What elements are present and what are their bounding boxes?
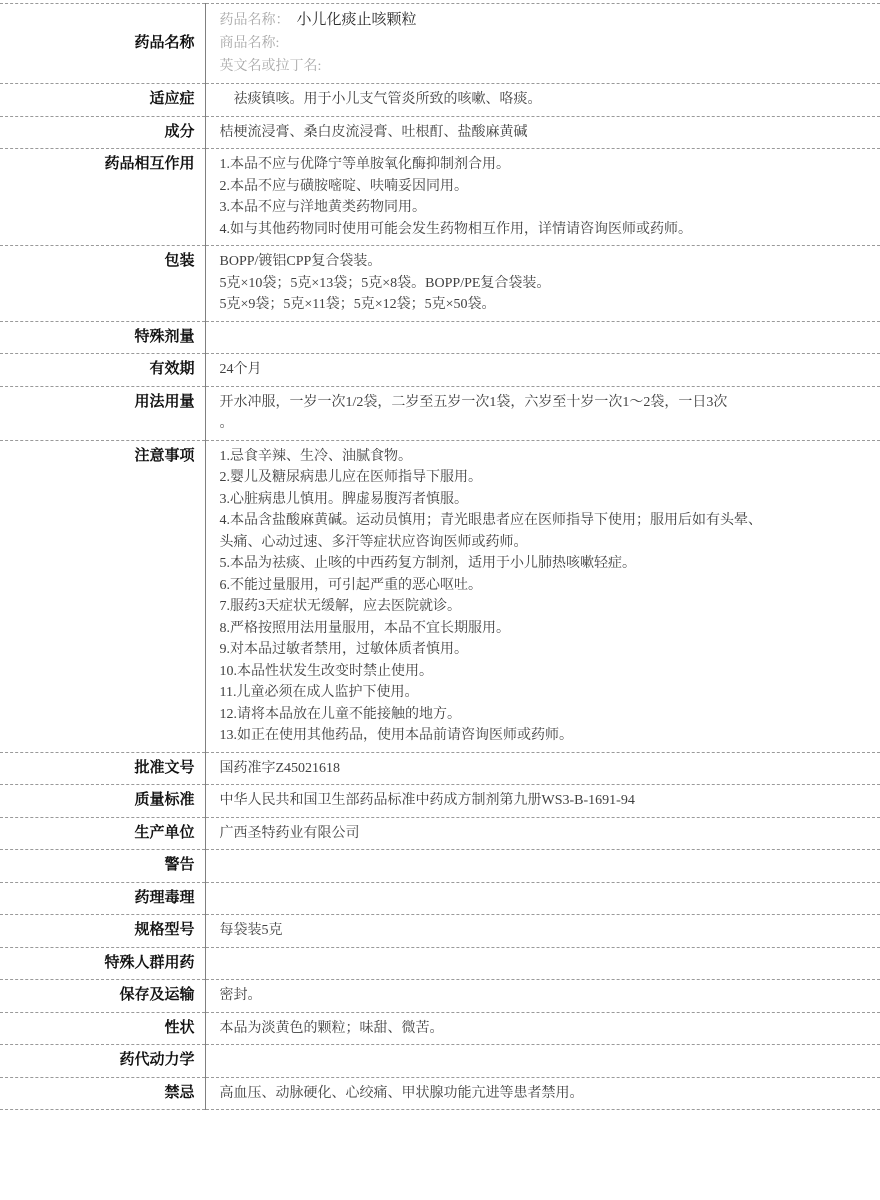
content-line: 4.如与其他药物同时使用可能会发生药物相互作用，详情请咨询医师或药师。 <box>220 219 861 241</box>
row-content-approval-number: 国药准字Z45021618 <box>205 752 880 785</box>
content-line: 3.本品不应与洋地黄类药物同用。 <box>220 197 861 219</box>
content-line: 中华人民共和国卫生部药品标准中药成方制剂第九册WS3-B-1691-94 <box>220 790 861 812</box>
row-label-drug-interactions: 药品相互作用 <box>0 149 205 246</box>
table-row-drug-interactions: 药品相互作用1.本品不应与优降宁等单胺氧化酶抑制剂合用。2.本品不应与磺胺嘧啶、… <box>0 149 880 246</box>
drug-info-page: 药品名称药品名称：小儿化痰止咳颗粒商品名称:英文名或拉丁名:适应症 祛痰镇咳。用… <box>0 3 880 1110</box>
row-content-storage-transport: 密封。 <box>205 980 880 1013</box>
table-row-approval-number: 批准文号国药准字Z45021618 <box>0 752 880 785</box>
row-label-specification: 规格型号 <box>0 915 205 948</box>
field-line: 商品名称: <box>220 32 861 55</box>
table-row-pharmacokinetics: 药代动力学 <box>0 1045 880 1078</box>
field-line: 药品名称：小儿化痰止咳颗粒 <box>220 9 861 32</box>
row-content-ingredients: 桔梗流浸膏、桑白皮流浸膏、吐根酊、盐酸麻黄碱 <box>205 116 880 149</box>
table-row-packaging: 包装BOPP/镀铝CPP复合袋装。5克×10袋；5克×13袋；5克×8袋。BOP… <box>0 246 880 322</box>
table-row-manufacturer: 生产单位广西圣特药业有限公司 <box>0 817 880 850</box>
row-content-description: 本品为淡黄色的颗粒；味甜、微苦。 <box>205 1012 880 1045</box>
table-row-shelf-life: 有效期24个月 <box>0 354 880 387</box>
content-line: 桔梗流浸膏、桑白皮流浸膏、吐根酊、盐酸麻黄碱 <box>220 122 861 144</box>
row-label-drug-name: 药品名称 <box>0 4 205 84</box>
content-line: 。 <box>220 413 861 435</box>
content-line: 本品为淡黄色的颗粒；味甜、微苦。 <box>220 1018 861 1040</box>
row-label-description: 性状 <box>0 1012 205 1045</box>
content-line: 高血压、动脉硬化、心绞痛、甲状腺功能亢进等患者禁用。 <box>220 1083 861 1105</box>
row-label-storage-transport: 保存及运输 <box>0 980 205 1013</box>
content-line: 国药准字Z45021618 <box>220 758 861 780</box>
row-label-pharmacokinetics: 药代动力学 <box>0 1045 205 1078</box>
field-value: 小儿化痰止咳颗粒 <box>297 12 417 28</box>
content-line: 13.如正在使用其他药品，使用本品前请咨询医师或药师。 <box>220 725 861 747</box>
row-content-indications: 祛痰镇咳。用于小儿支气管炎所致的咳嗽、咯痰。 <box>205 84 880 117</box>
row-content-contraindications: 高血压、动脉硬化、心绞痛、甲状腺功能亢进等患者禁用。 <box>205 1077 880 1110</box>
content-line: 头痛、心动过速、多汗等症状应咨询医师或药师。 <box>220 532 861 554</box>
row-label-pharmacology-toxicology: 药理毒理 <box>0 882 205 915</box>
content-line: 12.请将本品放在儿童不能接触的地方。 <box>220 704 861 726</box>
row-content-pharmacokinetics <box>205 1045 880 1078</box>
table-row-pharmacology-toxicology: 药理毒理 <box>0 882 880 915</box>
row-content-specification: 每袋装5克 <box>205 915 880 948</box>
row-label-warning: 警告 <box>0 850 205 883</box>
row-label-packaging: 包装 <box>0 246 205 322</box>
content-line: 24个月 <box>220 359 861 381</box>
table-row-description: 性状本品为淡黄色的颗粒；味甜、微苦。 <box>0 1012 880 1045</box>
content-line: 3.心脏病患儿慎用。脾虚易腹泻者慎服。 <box>220 489 861 511</box>
row-content-warning <box>205 850 880 883</box>
row-label-special-populations: 特殊人群用药 <box>0 947 205 980</box>
content-line: 4.本品含盐酸麻黄碱。运动员慎用；青光眼患者应在医师指导下使用；服用后如有头晕、 <box>220 510 861 532</box>
field-label: 商品名称: <box>220 36 280 51</box>
field-label: 英文名或拉丁名: <box>220 59 322 74</box>
table-row-ingredients: 成分桔梗流浸膏、桑白皮流浸膏、吐根酊、盐酸麻黄碱 <box>0 116 880 149</box>
content-line: 6.不能过量服用，可引起严重的恶心呕吐。 <box>220 575 861 597</box>
content-line: 2.婴儿及糖尿病患儿应在医师指导下服用。 <box>220 467 861 489</box>
table-row-specification: 规格型号每袋装5克 <box>0 915 880 948</box>
content-line: 5克×9袋；5克×11袋；5克×12袋；5克×50袋。 <box>220 294 861 316</box>
row-label-approval-number: 批准文号 <box>0 752 205 785</box>
row-label-manufacturer: 生产单位 <box>0 817 205 850</box>
content-line: 5克×10袋；5克×13袋；5克×8袋。BOPP/PE复合袋装。 <box>220 273 861 295</box>
content-line: 7.服药3天症状无缓解，应去医院就诊。 <box>220 596 861 618</box>
row-label-dosage: 用法用量 <box>0 386 205 440</box>
table-row-warning: 警告 <box>0 850 880 883</box>
content-line: 1.忌食辛辣、生冷、油腻食物。 <box>220 446 861 468</box>
table-row-drug-name: 药品名称药品名称：小儿化痰止咳颗粒商品名称:英文名或拉丁名: <box>0 4 880 84</box>
row-content-special-populations <box>205 947 880 980</box>
row-label-special-dosage: 特殊剂量 <box>0 321 205 354</box>
row-label-quality-standard: 质量标准 <box>0 785 205 818</box>
row-content-quality-standard: 中华人民共和国卫生部药品标准中药成方制剂第九册WS3-B-1691-94 <box>205 785 880 818</box>
drug-info-table: 药品名称药品名称：小儿化痰止咳颗粒商品名称:英文名或拉丁名:适应症 祛痰镇咳。用… <box>0 3 880 1110</box>
content-line: 每袋装5克 <box>220 920 861 942</box>
content-line: 2.本品不应与磺胺嘧啶、呋喃妥因同用。 <box>220 176 861 198</box>
row-content-manufacturer: 广西圣特药业有限公司 <box>205 817 880 850</box>
table-row-special-populations: 特殊人群用药 <box>0 947 880 980</box>
content-line: 8.严格按照用法用量服用，本品不宜长期服用。 <box>220 618 861 640</box>
table-row-storage-transport: 保存及运输密封。 <box>0 980 880 1013</box>
row-label-ingredients: 成分 <box>0 116 205 149</box>
content-line: 密封。 <box>220 985 861 1007</box>
table-row-precautions: 注意事项1.忌食辛辣、生冷、油腻食物。2.婴儿及糖尿病患儿应在医师指导下服用。3… <box>0 440 880 752</box>
row-label-precautions: 注意事项 <box>0 440 205 752</box>
row-content-special-dosage <box>205 321 880 354</box>
table-row-special-dosage: 特殊剂量 <box>0 321 880 354</box>
content-line: 1.本品不应与优降宁等单胺氧化酶抑制剂合用。 <box>220 154 861 176</box>
row-content-packaging: BOPP/镀铝CPP复合袋装。5克×10袋；5克×13袋；5克×8袋。BOPP/… <box>205 246 880 322</box>
content-line: 9.对本品过敏者禁用，过敏体质者慎用。 <box>220 639 861 661</box>
content-line: 祛痰镇咳。用于小儿支气管炎所致的咳嗽、咯痰。 <box>220 89 861 111</box>
content-line: 广西圣特药业有限公司 <box>220 823 861 845</box>
content-line: 10.本品性状发生改变时禁止使用。 <box>220 661 861 683</box>
content-line: 开水冲服，一岁一次1/2袋，二岁至五岁一次1袋，六岁至十岁一次1～2袋，一日3次 <box>220 392 861 414</box>
content-line: 5.本品为祛痰、止咳的中西药复方制剂，适用于小儿肺热咳嗽轻症。 <box>220 553 861 575</box>
table-row-indications: 适应症 祛痰镇咳。用于小儿支气管炎所致的咳嗽、咯痰。 <box>0 84 880 117</box>
content-line: BOPP/镀铝CPP复合袋装。 <box>220 251 861 273</box>
field-label: 药品名称： <box>220 13 290 28</box>
table-row-quality-standard: 质量标准中华人民共和国卫生部药品标准中药成方制剂第九册WS3-B-1691-94 <box>0 785 880 818</box>
row-label-shelf-life: 有效期 <box>0 354 205 387</box>
row-content-shelf-life: 24个月 <box>205 354 880 387</box>
row-label-contraindications: 禁忌 <box>0 1077 205 1110</box>
row-content-drug-name: 药品名称：小儿化痰止咳颗粒商品名称:英文名或拉丁名: <box>205 4 880 84</box>
content-line: 11.儿童必须在成人监护下使用。 <box>220 682 861 704</box>
row-label-indications: 适应症 <box>0 84 205 117</box>
row-content-precautions: 1.忌食辛辣、生冷、油腻食物。2.婴儿及糖尿病患儿应在医师指导下服用。3.心脏病… <box>205 440 880 752</box>
drug-info-table-body: 药品名称药品名称：小儿化痰止咳颗粒商品名称:英文名或拉丁名:适应症 祛痰镇咳。用… <box>0 4 880 1110</box>
table-row-contraindications: 禁忌高血压、动脉硬化、心绞痛、甲状腺功能亢进等患者禁用。 <box>0 1077 880 1110</box>
field-line: 英文名或拉丁名: <box>220 55 861 78</box>
table-row-dosage: 用法用量开水冲服，一岁一次1/2袋，二岁至五岁一次1袋，六岁至十岁一次1～2袋，… <box>0 386 880 440</box>
row-content-drug-interactions: 1.本品不应与优降宁等单胺氧化酶抑制剂合用。2.本品不应与磺胺嘧啶、呋喃妥因同用… <box>205 149 880 246</box>
row-content-dosage: 开水冲服，一岁一次1/2袋，二岁至五岁一次1袋，六岁至十岁一次1～2袋，一日3次… <box>205 386 880 440</box>
row-content-pharmacology-toxicology <box>205 882 880 915</box>
